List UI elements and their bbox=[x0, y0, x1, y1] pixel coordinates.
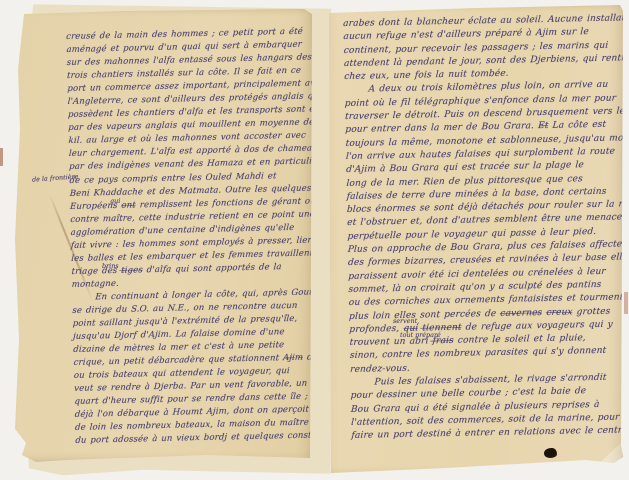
corner-fold bbox=[596, 442, 622, 466]
ink-blot bbox=[544, 448, 557, 458]
interline-insertion: brins bbox=[102, 262, 119, 270]
interline-insertion: tout préparé bbox=[400, 331, 441, 339]
manuscript-scan: creusé de la main des hommes ; ce petit … bbox=[0, 0, 629, 480]
interline-insertion: qui bbox=[110, 197, 120, 205]
left-page: creusé de la main des hommes ; ce petit … bbox=[6, 9, 312, 462]
interline-insertion: servent, bbox=[393, 317, 419, 325]
red-edge-mark bbox=[624, 292, 628, 314]
right-page-text: arabes dont la blancheur éclate au solei… bbox=[343, 12, 629, 444]
right-page: arabes dont la blancheur éclate au solei… bbox=[326, 5, 623, 476]
red-edge-mark bbox=[0, 148, 3, 166]
